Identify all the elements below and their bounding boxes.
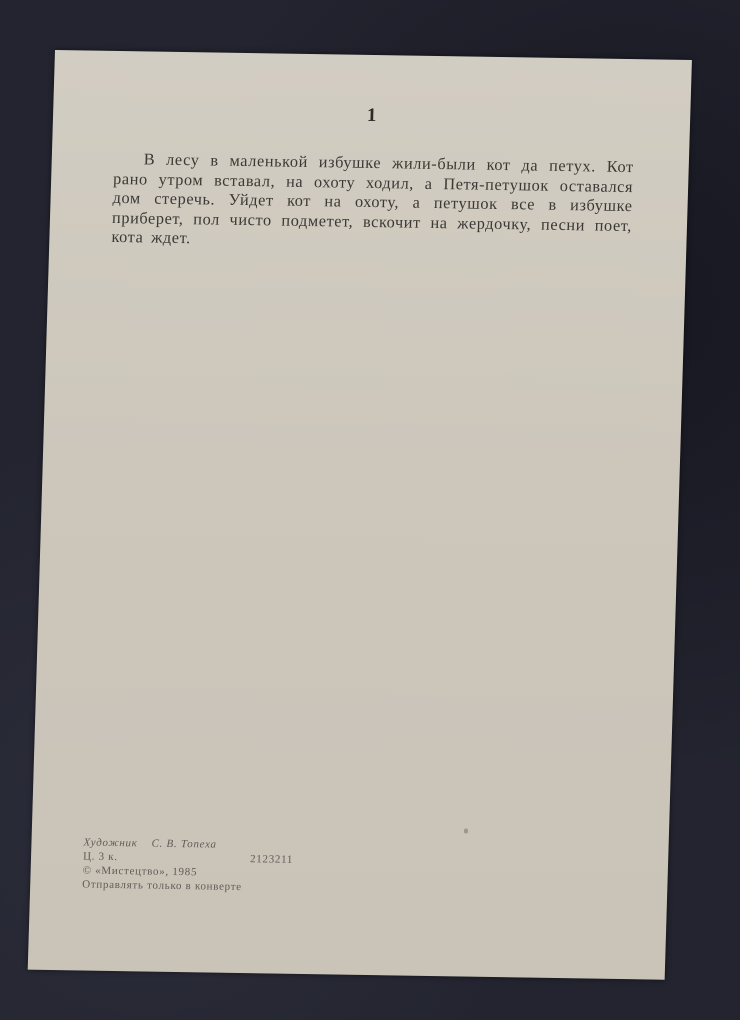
price: Ц. 3 к. bbox=[83, 850, 118, 865]
artist-name: С. В. Топеха bbox=[151, 838, 217, 851]
catalog-number: 2123211 bbox=[250, 852, 293, 867]
mailing-note: Отправлять только в конверте bbox=[82, 878, 242, 895]
page-number: 1 bbox=[53, 100, 691, 132]
publisher-year: «Мистецтво», 1985 bbox=[95, 865, 197, 879]
copyright-icon: © bbox=[82, 865, 91, 877]
story-paragraph: В лесу в маленькой избушке жили-были кот… bbox=[111, 149, 634, 255]
postcard-back: 1 В лесу в маленькой избушке жили-были к… bbox=[28, 50, 692, 980]
artist-label: Художник bbox=[83, 837, 137, 850]
imprint-mailing-row: Отправлять только в конверте bbox=[82, 878, 292, 895]
paper-speck bbox=[464, 829, 468, 834]
publisher-imprint: ХудожникС. В. Топеха Ц. 3 к. 2123211 © «… bbox=[82, 836, 294, 895]
